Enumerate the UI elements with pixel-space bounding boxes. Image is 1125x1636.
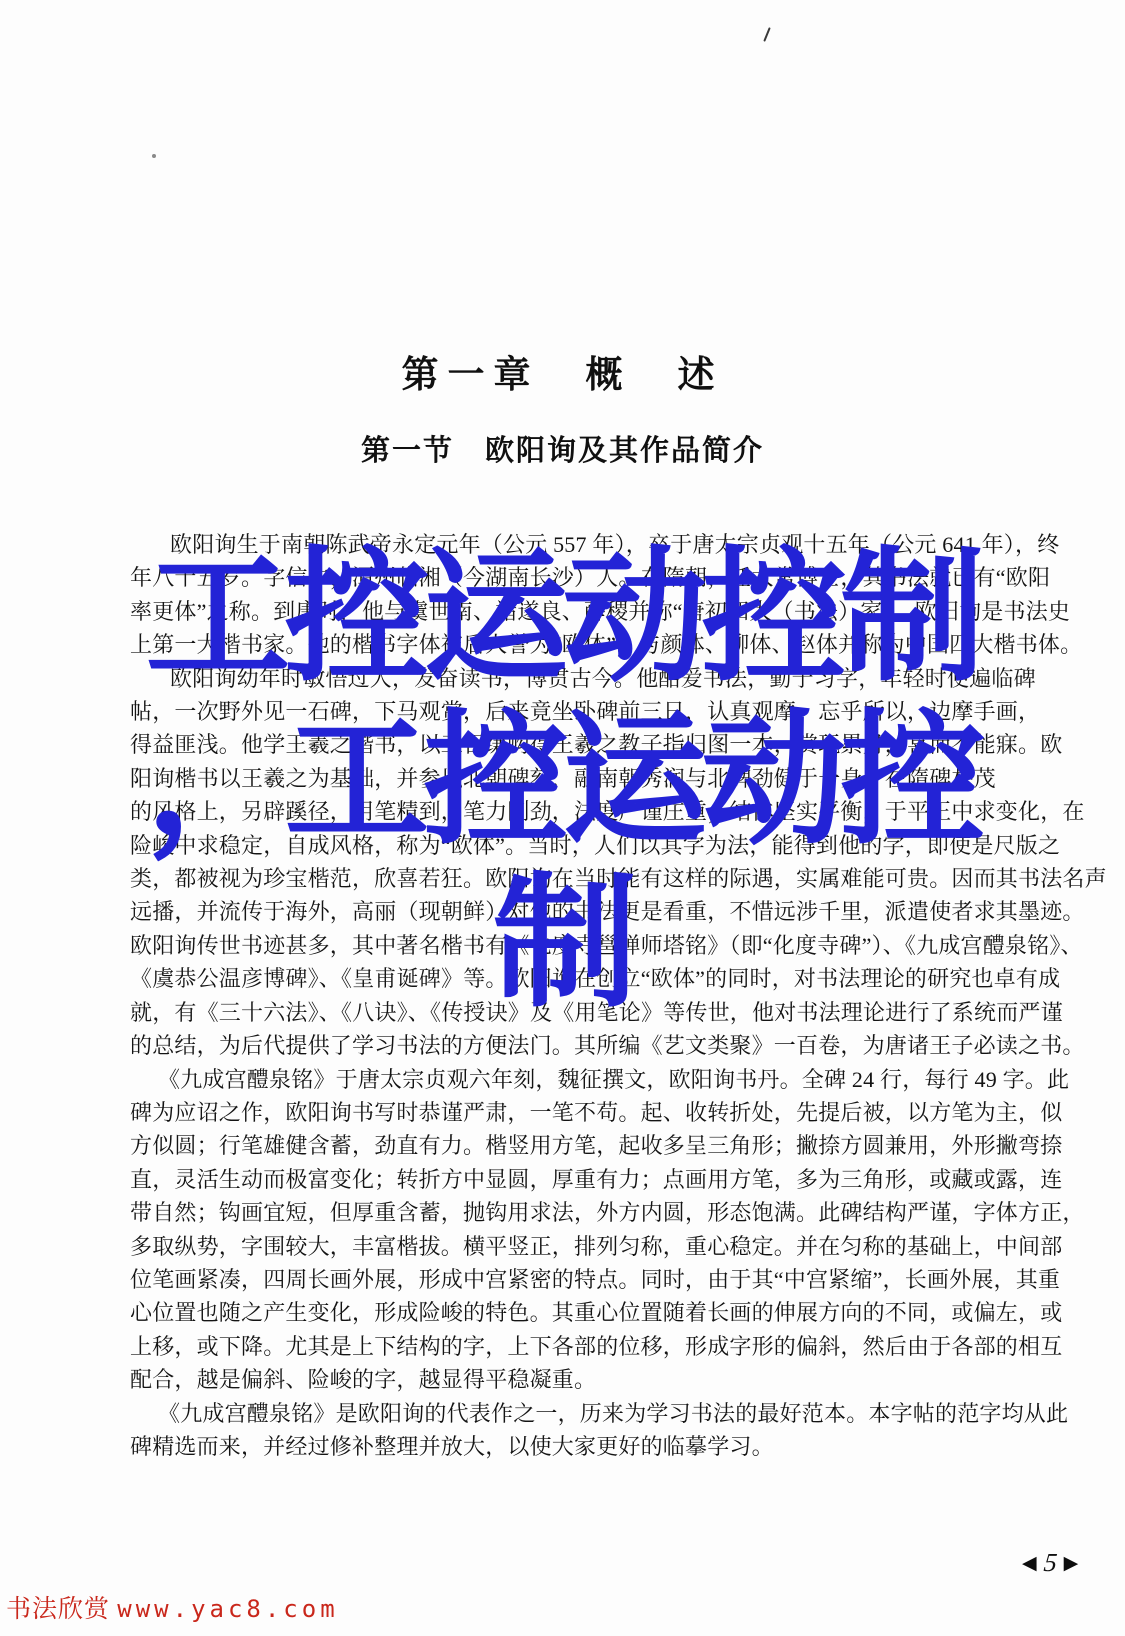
body-line: 远播，并流传于海外，高丽（现朝鲜）对他的书法更是看重，不惜远涉千里，派遣使者求其… (130, 895, 1045, 928)
scan-artifact-speck (152, 154, 156, 158)
body-line: 帖，一次野外见一石碑，下马观赏，后来竟坐卧碑前三日，认真观摩，忘乎所以，边摩手画… (130, 695, 1045, 728)
body-line: 险峻中求稳定，自成风格，称为“欧体”。当时，人们以其字为法，能得到他的字，即使是… (130, 829, 1045, 862)
body-line: 欧阳询幼年时敏悟过人，发奋读书，博贯古今。他酷爱书法，勤于习字，年轻时便遍临碑 (130, 662, 1045, 695)
page-number-block: ◀ 5 ▶ (1022, 1548, 1078, 1578)
body-line: 类，都被视为珍宝楷范，欣喜若狂。欧阳询在当时能有这样的际遇，实属难能可贵。因而其… (130, 862, 1045, 895)
body-line: 就，有《三十六法》、《八诀》、《传授诀》及《用笔论》等传世，他对书法理论进行了系… (130, 996, 1045, 1029)
body-line: 《虞恭公温彦博碑》、《皇甫诞碑》等。欧阳询在创立“欧体”的同时，对书法理论的研究… (130, 962, 1045, 995)
body-line: 多取纵势，字围较大，丰富楷拔。横平竖正，排列匀称，重心稳定。并在匀称的基础上，中… (130, 1230, 1045, 1263)
body-line: 阳询楷书以王羲之为基础，并参以北朝碑刻，融南朝秀润与北碑劲健于一身，在隋碑朴茂 (130, 762, 1045, 795)
body-line: 位笔画紧凑，四周长画外展，形成中宫紧密的特点。同时，由于其“中宫紧缩”，长画外展… (130, 1263, 1045, 1296)
body-line: 《九成宫醴泉铭》于唐太宗贞观六年刻，魏征撰文，欧阳询书丹。全碑 24 行，每行 … (130, 1063, 1045, 1096)
body-text: 欧阳询生于南朝陈武帝永定元年（公元 557 年），卒于唐太宗贞观十五年（公元 6… (130, 528, 1045, 1463)
body-line: 配合，越是偏斜、险峻的字，越显得平稳凝重。 (130, 1363, 1045, 1396)
site-credit: 书法欣赏 www.yac8.com (6, 1589, 339, 1625)
body-line: 的总结，为后代提供了学习书法的方便法门。其所编《艺文类聚》一百卷，为唐诸王子必读… (130, 1029, 1045, 1062)
body-line: 上移，或下降。尤其是上下结构的字，上下各部的位移，形成字形的偏斜，然后由于各部的… (130, 1330, 1045, 1363)
chapter-title: 第一章 概 述 (0, 344, 1125, 398)
body-line: 碑为应诏之作，欧阳询书写时恭谨严肃，一笔不苟。起、收转折处，先提后被，以方笔为主… (130, 1096, 1045, 1129)
body-line: 直，灵活生动而极富变化；转折方中显圆，厚重有力；点画用方笔，多为三角形，或藏或露… (130, 1163, 1045, 1196)
site-credit-url: www.yac8.com (117, 1595, 338, 1623)
leaf-ornament-right-icon: ▶ (1064, 1554, 1079, 1573)
body-line: 碑精选而来，并经过修补整理并放大，以使大家更好的临摹学习。 (130, 1430, 1045, 1463)
body-line: 欧阳询生于南朝陈武帝永定元年（公元 557 年），卒于唐太宗贞观十五年（公元 6… (130, 528, 1045, 561)
body-line: 欧阳询传世书迹甚多，其中著名楷书有《化度寺邕禅师塔铭》（即“化度寺碑”）、《九成… (130, 929, 1045, 962)
body-line: 上第一大楷书家。他的楷书字体被后人誉为“欧体”，与颜体、柳体、赵体并称为中国四大… (130, 628, 1045, 661)
body-line: 带自然；钩画宜短，但厚重含蓄，抛钩用求法，外方内圆，形态饱满。此碑结构严谨，字体… (130, 1196, 1045, 1229)
leaf-ornament-left-icon: ◀ (1022, 1554, 1037, 1573)
body-line: 方似圆；行笔雄健含蓄，劲直有力。楷竖用方笔，起收多呈三角形；撇捺方圆兼用，外形撇… (130, 1129, 1045, 1162)
body-line: 得益匪浅。他学王羲之楷书，以三百缣购得王羲之教子指归图一本，赏玩累月，喜而不能寐… (130, 728, 1045, 761)
body-line: 率更体”之称。到唐时，他与虞世南、褚遂良、薛稷并称“唐初四大（书法）家”。欧阳询… (130, 595, 1045, 628)
scan-artifact-scratch (763, 27, 770, 42)
scanned-document-page: 第一章 概 述 第一节 欧阳询及其作品简介 欧阳询生于南朝陈武帝永定元年（公元 … (0, 0, 1125, 1636)
site-credit-name: 书法欣赏 (6, 1596, 110, 1623)
body-line: 《九成宫醴泉铭》是欧阳询的代表作之一，历来为学习书法的最好范本。本字帖的范字均从… (130, 1397, 1045, 1430)
body-line: 的风格上，另辟蹊径，用笔精到，笔力刚劲，法度严谨庄重，结体坚实平衡，于平正中求变… (130, 795, 1045, 828)
body-line: 年八十五岁。字信本，潭州临湘（今湖南长沙）人。在隋朝，任太常博士，其书法就已有“… (130, 561, 1045, 594)
section-title: 第一节 欧阳询及其作品简介 (0, 428, 1125, 469)
body-line: 心位置也随之产生变化，形成险峻的特色。其重心位置随着长画的伸展方向的不同，或偏左… (130, 1296, 1045, 1329)
page-number: 5 (1042, 1548, 1058, 1578)
